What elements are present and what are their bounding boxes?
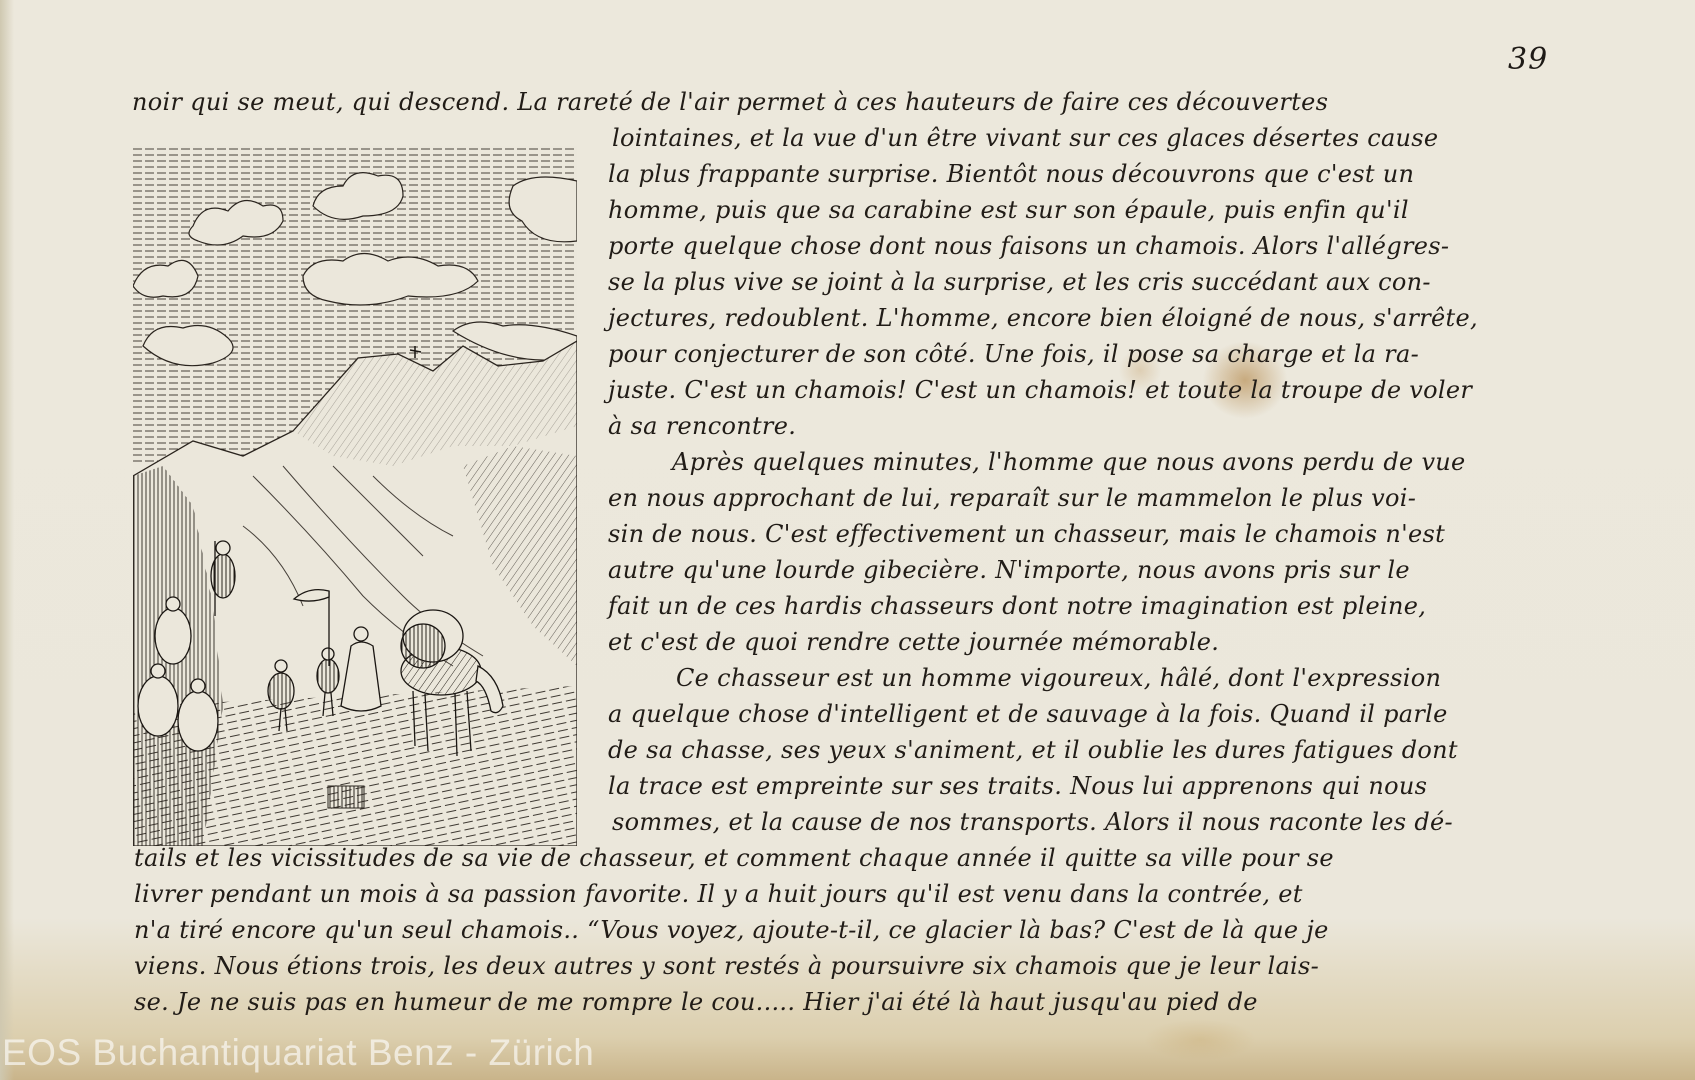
text-line-21: sommes, et la cause de nos transports. A… (612, 808, 1453, 836)
text-line-15: fait un de ces hardis chasseurs dont not… (608, 592, 1426, 620)
page-number: 39 (1508, 42, 1548, 77)
watermark: EOS Buchantiquariat Benz - Zürich (2, 1032, 594, 1074)
text-line-20: la trace est empreinte sur ses traits. N… (608, 772, 1427, 800)
text-line-17: Ce chasseur est un homme vigoureux, hâlé… (676, 664, 1441, 692)
text-line-9: juste. C'est un chamois! C'est un chamoi… (608, 376, 1472, 404)
ink-drawing-icon (133, 146, 577, 846)
page-gutter-shadow (0, 0, 14, 1080)
mountain-illustration (133, 146, 577, 846)
text-line-5: porte quelque chose dont nous faisons un… (608, 232, 1449, 260)
text-line-3: la plus frappante surprise. Bientôt nous… (608, 160, 1414, 188)
text-line-7: jectures, redoublent. L'homme, encore bi… (608, 304, 1478, 332)
text-line-14: autre qu'une lourde gibecière. N'importe… (608, 556, 1410, 584)
text-line-10: à sa rencontre. (608, 412, 796, 440)
text-line-23: livrer pendant un mois à sa passion favo… (134, 880, 1303, 908)
text-line-11: Après quelques minutes, l'homme que nous… (672, 448, 1466, 476)
text-line-18: a quelque chose d'intelligent et de sauv… (608, 700, 1448, 728)
text-line-13: sin de nous. C'est effectivement un chas… (608, 520, 1445, 548)
text-line-1: noir qui se meut, qui descend. La rareté… (132, 88, 1328, 116)
text-line-12: en nous approchant de lui, reparaît sur … (608, 484, 1416, 512)
text-line-6: se la plus vive se joint à la surprise, … (608, 268, 1431, 296)
text-line-8: pour conjecturer de son côté. Une fois, … (608, 340, 1419, 368)
manuscript-page: 39 noir qui se meut, qui descend. La rar… (0, 0, 1695, 1080)
text-line-24: n'a tiré encore qu'un seul chamois.. “Vo… (134, 916, 1329, 944)
text-line-2: lointaines, et la vue d'un être vivant s… (612, 124, 1438, 152)
text-line-16: et c'est de quoi rendre cette journée mé… (608, 628, 1219, 656)
text-line-4: homme, puis que sa carabine est sur son … (608, 196, 1409, 224)
text-line-22: tails et les vicissitudes de sa vie de c… (134, 844, 1334, 872)
text-line-19: de sa chasse, ses yeux s'animent, et il … (608, 736, 1458, 764)
text-line-26: se. Je ne suis pas en humeur de me rompr… (134, 988, 1258, 1016)
text-line-25: viens. Nous étions trois, les deux autre… (134, 952, 1319, 980)
